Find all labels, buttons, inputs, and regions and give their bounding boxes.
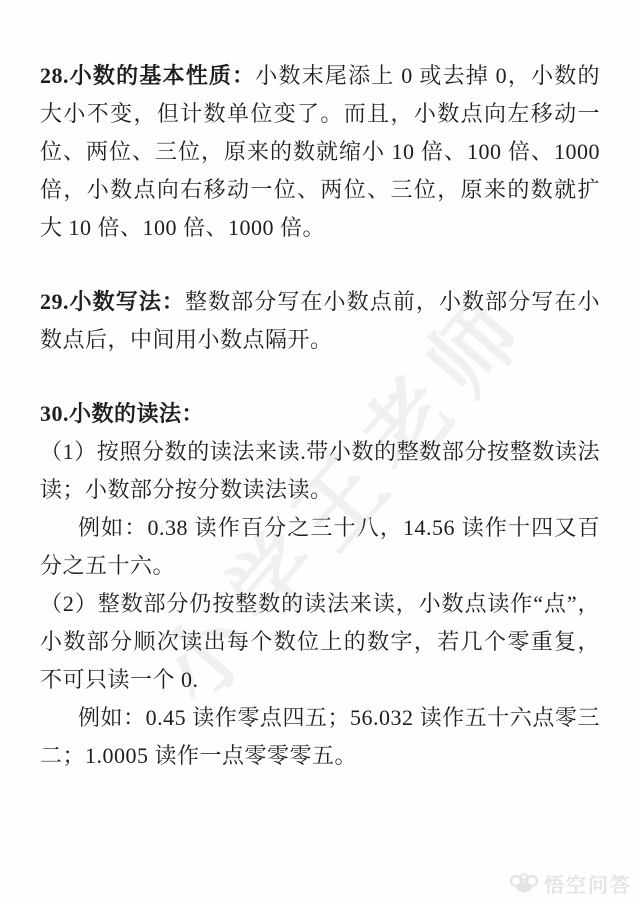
paragraph-29-decimal-writing: 29.小数写法：整数部分写在小数点前，小数部分写在小数点后，中间用小数点隔开。 — [40, 283, 600, 359]
paragraph-28-lead: 28.小数的基本性质： — [40, 63, 255, 88]
paragraph-30-decimal-reading-heading: 30.小数的读法： — [40, 395, 600, 433]
paragraph-28-text: 小数末尾添上 0 或去掉 0，小数的大小不变，但计数单位变了。而且，小数点向左移… — [40, 63, 600, 240]
paragraph-29-lead: 29.小数写法： — [40, 289, 185, 314]
document-page: 28.小数的基本性质：小数末尾添上 0 或去掉 0，小数的大小不变，但计数单位变… — [0, 0, 640, 904]
example-1-text: 例如：0.38 读作百分之三十八，14.56 读作十四又百分之五十六。 — [40, 515, 600, 578]
brand-label: 悟空问答 — [544, 869, 632, 898]
list-item-2-text: （2）整数部分仍按整数的读法来读，小数点读作“点”，小数部分顺次读出每个数位上的… — [40, 591, 600, 692]
wukong-qa-brand-mark: 悟空问答 — [509, 869, 632, 898]
list-item-2-reading-rule: （2）整数部分仍按整数的读法来读，小数点读作“点”，小数部分顺次读出每个数位上的… — [40, 585, 600, 699]
example-2-text: 例如：0.45 读作零点四五；56.032 读作五十六点零三二；1.0005 读… — [40, 705, 600, 768]
paragraph-28-decimal-basic-property: 28.小数的基本性质：小数末尾添上 0 或去掉 0，小数的大小不变，但计数单位变… — [40, 57, 600, 247]
example-2: 例如：0.45 读作零点四五；56.032 读作五十六点零三二；1.0005 读… — [40, 699, 600, 775]
wukong-monkey-icon — [509, 871, 539, 897]
paragraph-30-lead: 30.小数的读法： — [40, 401, 204, 426]
list-item-1-text: （1）按照分数的读法来读.带小数的整数部分按整数读法读；小数部分按分数读法读。 — [40, 439, 600, 502]
list-item-1-reading-rule: （1）按照分数的读法来读.带小数的整数部分按整数读法读；小数部分按分数读法读。 — [40, 433, 600, 509]
example-1: 例如：0.38 读作百分之三十八，14.56 读作十四又百分之五十六。 — [40, 509, 600, 585]
